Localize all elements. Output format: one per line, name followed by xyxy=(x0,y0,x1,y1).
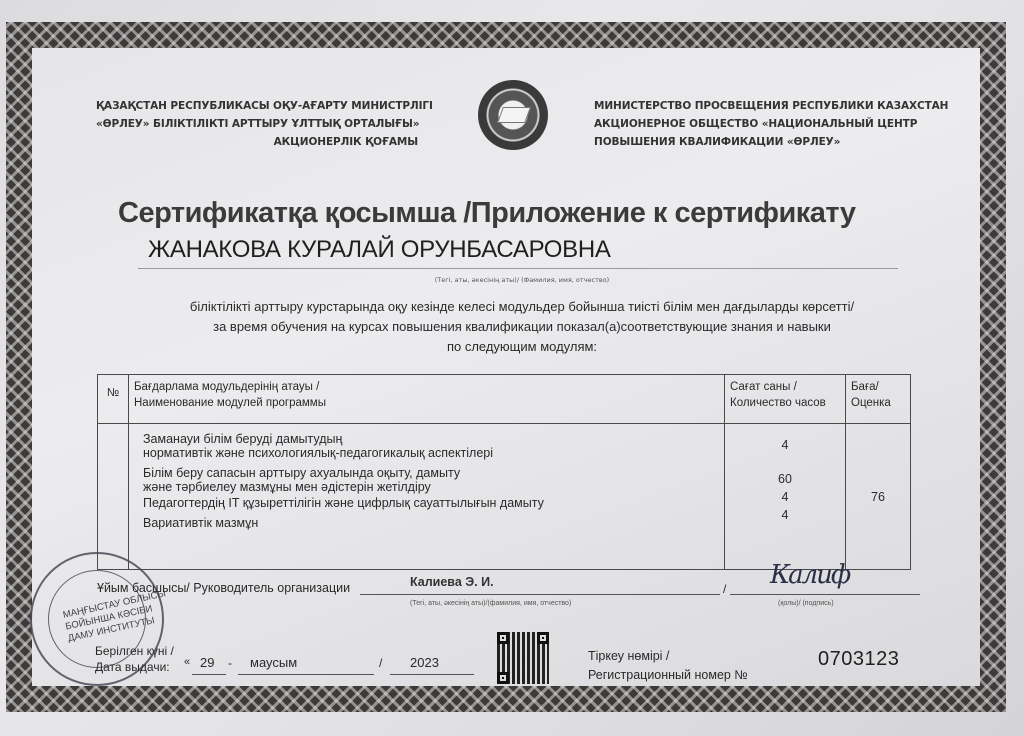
document-title: Сертификатқа қосымша /Приложение к серти… xyxy=(118,197,918,230)
separator-slash: / xyxy=(723,582,726,596)
number-cell xyxy=(98,424,129,570)
name-line xyxy=(360,594,720,595)
modules-table: № Бағдарлама модульдерінің атауы / Наиме… xyxy=(97,374,911,570)
header-russian: МИНИСТЕРСТВО ПРОСВЕЩЕНИЯ РЕСПУБЛИКИ КАЗА… xyxy=(594,97,954,151)
header-kz-line: АКЦИОНЕРЛІК ҚОҒАМЫ xyxy=(96,133,418,151)
module-item: Педагогтердің IT құзыреттілігін және циф… xyxy=(143,496,714,510)
intro-text: біліктілікті арттыру курстарында оқу кез… xyxy=(0,297,1024,357)
header-ru-line: АКЦИОНЕРНОЕ ОБЩЕСТВО «НАЦИОНАЛЬНЫЙ ЦЕНТР xyxy=(594,115,954,133)
registration-label: Тіркеу нөмірі / Регистрационный номер № xyxy=(588,647,748,685)
certificate-page: ҚАЗАҚСТАН РЕСПУБЛИКАСЫ ОҚУ-АҒАРТУ МИНИСТ… xyxy=(0,0,1024,736)
column-module-name: Бағдарлама модульдерінің атауы / Наимено… xyxy=(129,375,725,424)
qr-code-icon xyxy=(497,632,549,684)
orleu-emblem-icon xyxy=(478,80,548,150)
qr-finder-icon xyxy=(497,672,509,684)
table-header-row: № Бағдарлама модульдерінің атауы / Наиме… xyxy=(98,375,911,424)
hours-cell: 4 60 4 4 xyxy=(725,424,846,570)
issue-day: 29 xyxy=(200,655,214,670)
intro-line: по следующим модулям: xyxy=(20,337,1024,357)
column-grade: Баға/ Оценка xyxy=(846,375,911,424)
grade-cell: 76 xyxy=(846,424,911,570)
issue-year: 2023 xyxy=(410,655,439,670)
module-item: Заманауи білім беруді дамытудың норматив… xyxy=(143,432,714,460)
header-kz-line: ҚАЗАҚСТАН РЕСПУБЛИКАСЫ ОҚУ-АҒАРТУ МИНИСТ… xyxy=(96,97,418,115)
date-slash: / xyxy=(379,656,382,670)
table-row: Заманауи білім беруді дамытудың норматив… xyxy=(98,424,911,570)
header-kazakh: ҚАЗАҚСТАН РЕСПУБЛИКАСЫ ОҚУ-АҒАРТУ МИНИСТ… xyxy=(96,97,418,151)
header-ru-line: ПОВЫШЕНИЯ КВАЛИФИКАЦИИ «ӨРЛЕУ» xyxy=(594,133,954,151)
year-underline xyxy=(390,674,474,675)
column-hours: Сағат саны / Количество часов xyxy=(725,375,846,424)
signature-line xyxy=(730,594,920,595)
modules-cell: Заманауи білім беруді дамытудың норматив… xyxy=(129,424,725,570)
intro-line: за время обучения на курсах повышения кв… xyxy=(20,317,1024,337)
day-underline xyxy=(192,674,226,675)
module-hours: 4 xyxy=(726,508,844,522)
registration-number: 0703123 xyxy=(818,648,899,671)
header-kz-line: «ӨРЛЕУ» БІЛІКТІЛІКТІ АРТТЫРУ ҰЛТТЫҚ ОРТА… xyxy=(96,115,418,133)
month-underline xyxy=(238,674,374,675)
name-underline xyxy=(138,268,898,269)
qr-finder-icon xyxy=(497,632,509,644)
recipient-name: ЖАНАКОВА КУРАЛАЙ ОРУНБАСАРОВНА xyxy=(148,236,611,264)
signature-caption: (қолы)/ (подпись) xyxy=(778,600,834,607)
qr-finder-icon xyxy=(537,632,549,644)
intro-line: біліктілікті арттыру курстарында оқу кез… xyxy=(20,297,1024,317)
module-hours: 4 xyxy=(726,490,844,504)
module-item: Вариативтік мазмұн xyxy=(143,516,714,530)
module-hours: 60 xyxy=(726,472,844,486)
director-name: Калиева Э. И. xyxy=(410,575,494,589)
book-icon xyxy=(497,107,531,123)
header-ru-line: МИНИСТЕРСТВО ПРОСВЕЩЕНИЯ РЕСПУБЛИКИ КАЗА… xyxy=(594,97,954,115)
director-name-caption: (Тегі, аты, әкесінің аты)/(фамилия, имя,… xyxy=(410,600,571,607)
issue-date-label: Берілген күні / Дата выдачи: xyxy=(95,643,174,675)
module-hours: 4 xyxy=(726,438,844,452)
module-item: Білім беру сапасын арттыру ахуалында оқы… xyxy=(143,466,714,494)
column-number: № xyxy=(98,375,129,424)
director-label: Ұйым басшысы/ Руководитель организации xyxy=(97,581,350,595)
issue-month: маусым xyxy=(250,655,297,670)
date-dash: - xyxy=(228,656,232,670)
handwritten-signature: Калиф xyxy=(770,560,849,590)
name-caption: (Тегі, аты, әкесінің аты)/ (Фамилия, имя… xyxy=(0,276,1024,284)
date-quote: « xyxy=(184,656,190,668)
